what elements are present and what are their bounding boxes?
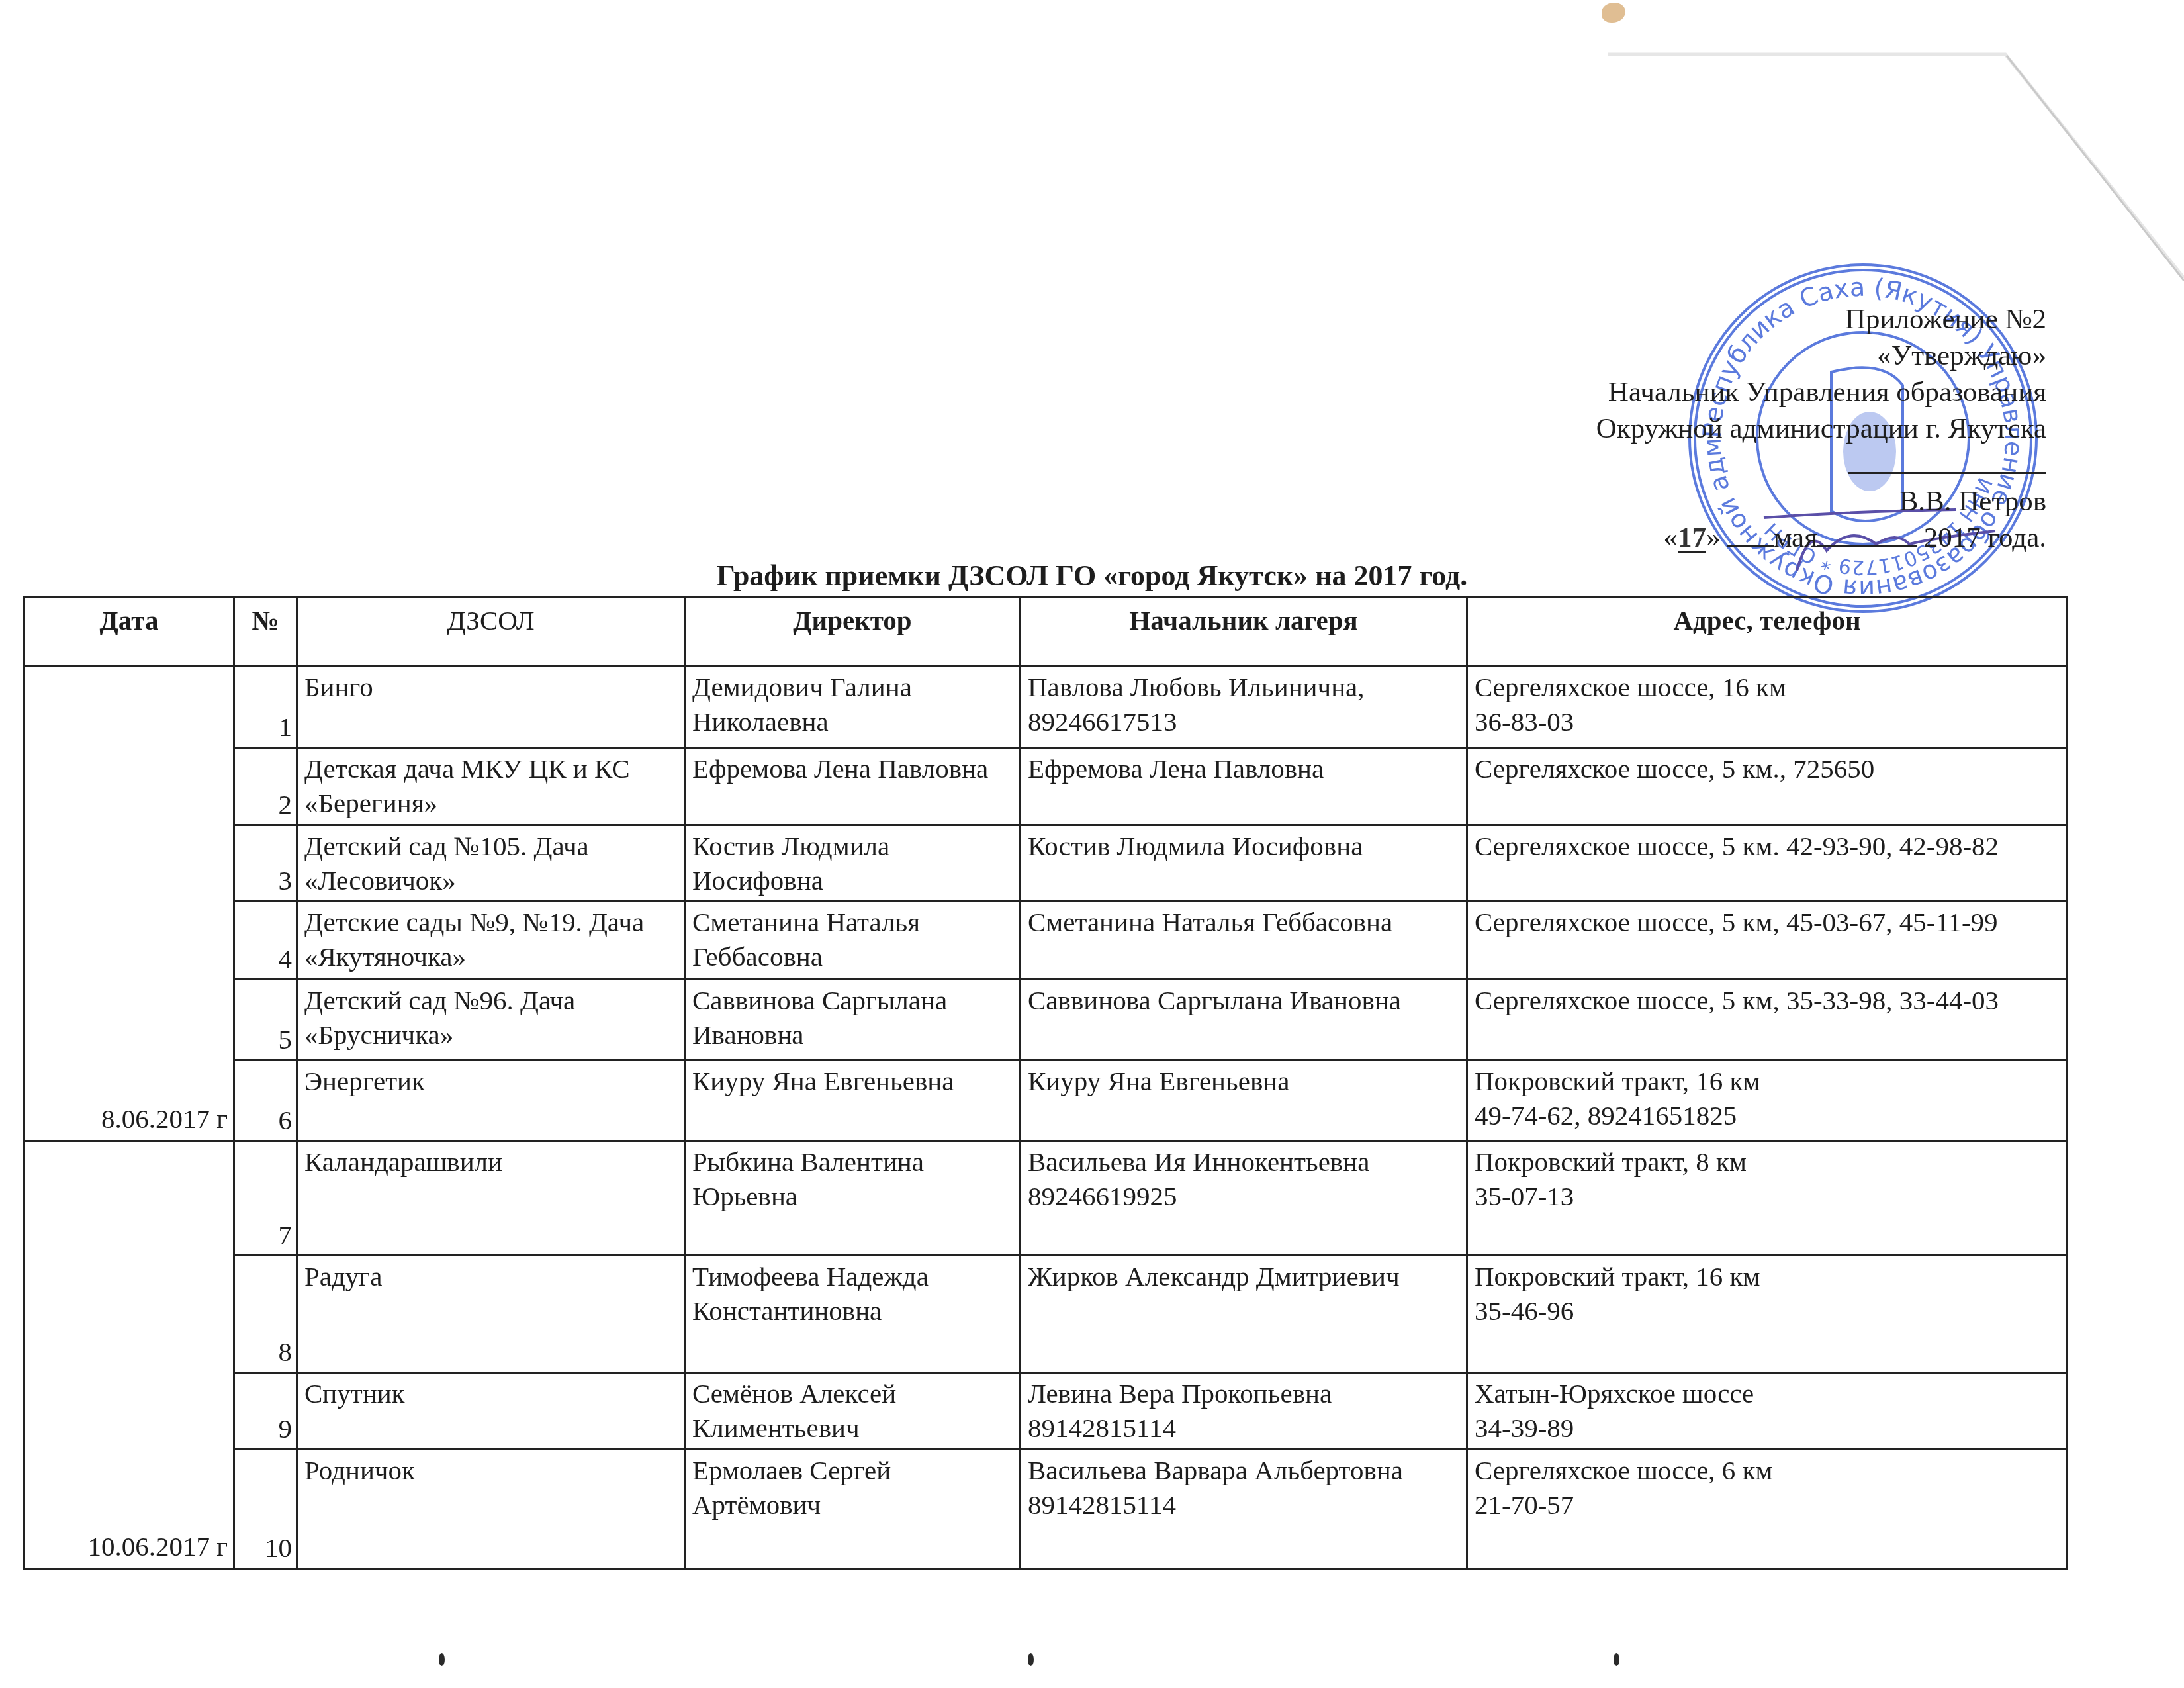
cell-address: Сергеляхское шоссе, 5 км., 725650 [1467, 748, 2068, 825]
table-body: 8.06.2017 г1БингоДемидович Галина Никола… [24, 667, 2068, 1569]
position-line-2: Окружной администрации г. Якутска [1596, 410, 2046, 447]
cell-number: 3 [234, 825, 297, 902]
table-row: 10.06.2017 г7КаландарашвилиРыбкина Вален… [24, 1141, 2068, 1256]
approval-block: Приложение №2 «Утверждаю» Начальник Упра… [1596, 301, 2046, 556]
binding-dot [1614, 1653, 1619, 1666]
cell-number: 2 [234, 748, 297, 825]
cell-camp-head: Васильева Ия Иннокентьевна 89246619925 [1021, 1141, 1467, 1256]
cell-number: 6 [234, 1060, 297, 1141]
cell-address: Сергеляхское шоссе, 5 км, 35-33-98, 33-4… [1467, 980, 2068, 1060]
cell-address: Покровский тракт, 8 км35-07-13 [1467, 1141, 2068, 1256]
address-line: Хатын-Юряхское шоссе [1475, 1376, 2060, 1411]
position-line-1: Начальник Управления образования [1596, 374, 2046, 410]
cell-date: 8.06.2017 г [24, 667, 234, 1141]
header-address: Адрес, телефон [1467, 597, 2068, 667]
phone-line: 35-46-96 [1475, 1293, 2060, 1328]
table-row: 3Детский сад №105. Дача «Лесовичок»Кости… [24, 825, 2068, 902]
table-header-row: Дата № ДЗСОЛ Директор Начальник лагеря А… [24, 597, 2068, 667]
phone-line: 36-83-03 [1475, 704, 2060, 739]
approve-label: «Утверждаю» [1596, 338, 2046, 374]
cell-address: Сергеляхское шоссе, 16 км36-83-03 [1467, 667, 2068, 748]
phone-line: 49-74-62, 89241651825 [1475, 1098, 2060, 1133]
cell-director: Саввинова Саргылана Ивановна [685, 980, 1021, 1060]
cell-camp-head: Павлова Любовь Ильинична, 89246617513 [1021, 667, 1467, 748]
cell-number: 4 [234, 902, 297, 980]
phone-line: 34-39-89 [1475, 1411, 2060, 1445]
approval-date: «17» мая 2017 года. [1596, 520, 2046, 556]
header-num: № [234, 597, 297, 667]
cell-camp-name: Детские сады №9, №19. Дача «Якутяночка» [297, 902, 685, 980]
cell-director: Тимофеева Надежда Константиновна [685, 1256, 1021, 1373]
cell-address: Покровский тракт, 16 км35-46-96 [1467, 1256, 2068, 1373]
address-line: Сергеляхское шоссе, 16 км [1475, 670, 2060, 704]
cell-camp-head: Саввинова Саргылана Ивановна [1021, 980, 1467, 1060]
cell-director: Сметанина Наталья Геббасовна [685, 902, 1021, 980]
cell-director: Рыбкина Валентина Юрьевна [685, 1141, 1021, 1256]
cell-number: 8 [234, 1256, 297, 1373]
cell-camp-head: Костив Людмила Иосифовна [1021, 825, 1467, 902]
approval-month: мая [1774, 522, 1817, 553]
approval-year: 2017 года. [1924, 522, 2046, 553]
cell-director: Киуру Яна Евгеньевна [685, 1060, 1021, 1141]
approval-day: 17 [1678, 525, 1706, 553]
cell-camp-name: Детский сад №96. Дача «Брусничка» [297, 980, 685, 1060]
cell-director: Демидович Галина Николаевна [685, 667, 1021, 748]
cell-camp-name: Энергетик [297, 1060, 685, 1141]
address-line: Сергеляхское шоссе, 5 км, 35-33-98, 33-4… [1475, 983, 2060, 1017]
cell-camp-name: Спутник [297, 1373, 685, 1450]
cell-camp-name: Родничок [297, 1450, 685, 1569]
cell-camp-name: Детский сад №105. Дача «Лесовичок» [297, 825, 685, 902]
binding-dot [1028, 1653, 1034, 1666]
cell-camp-name: Каландарашвили [297, 1141, 685, 1256]
phone-line: 21-70-57 [1475, 1487, 2060, 1522]
signatory-name: В.В. Петров [1596, 483, 2046, 520]
cell-director: Ефремова Лена Павловна [685, 748, 1021, 825]
table-row: 4Детские сады №9, №19. Дача «Якутяночка»… [24, 902, 2068, 980]
cell-number: 1 [234, 667, 297, 748]
appendix-number: Приложение №2 [1596, 301, 2046, 338]
cell-address: Сергеляхское шоссе, 5 км, 45-03-67, 45-1… [1467, 902, 2068, 980]
table-row: 9СпутникСемёнов Алексей КлиментьевичЛеви… [24, 1373, 2068, 1450]
schedule-table: Дата № ДЗСОЛ Директор Начальник лагеря А… [23, 596, 2068, 1570]
cell-number: 5 [234, 980, 297, 1060]
cell-number: 9 [234, 1373, 297, 1450]
paper-stain [1602, 3, 1625, 23]
cell-director: Семёнов Алексей Климентьевич [685, 1373, 1021, 1450]
address-line: Покровский тракт, 8 км [1475, 1145, 2060, 1179]
cell-date: 10.06.2017 г [24, 1141, 234, 1569]
header-head: Начальник лагеря [1021, 597, 1467, 667]
cell-number: 10 [234, 1450, 297, 1569]
address-line: Покровский тракт, 16 км [1475, 1259, 2060, 1293]
header-director: Директор [685, 597, 1021, 667]
table-row: 6ЭнергетикКиуру Яна ЕвгеньевнаКиуру Яна … [24, 1060, 2068, 1141]
cell-number: 7 [234, 1141, 297, 1256]
cell-camp-head: Сметанина Наталья Геббасовна [1021, 902, 1467, 980]
cell-director: Костив Людмила Иосифовна [685, 825, 1021, 902]
cell-director: Ермолаев Сергей Артёмович [685, 1450, 1021, 1569]
cell-camp-name: Детская дача МКУ ЦК и КС «Берегиня» [297, 748, 685, 825]
table-row: 2Детская дача МКУ ЦК и КС «Берегиня»Ефре… [24, 748, 2068, 825]
address-line: Сергеляхское шоссе, 5 км., 725650 [1475, 751, 2060, 786]
header-camp: ДЗСОЛ [297, 597, 685, 667]
cell-address: Сергеляхское шоссе, 6 км21-70-57 [1467, 1450, 2068, 1569]
address-line: Сергеляхское шоссе, 6 км [1475, 1453, 2060, 1487]
address-line: Покровский тракт, 16 км [1475, 1064, 2060, 1098]
table-row: 8РадугаТимофеева Надежда КонстантиновнаЖ… [24, 1256, 2068, 1373]
cell-camp-name: Бинго [297, 667, 685, 748]
address-line: Сергеляхское шоссе, 5 км. 42-93-90, 42-9… [1475, 829, 2060, 863]
signature-line [1848, 449, 2046, 474]
address-line: Сергеляхское шоссе, 5 км, 45-03-67, 45-1… [1475, 905, 2060, 939]
cell-camp-head: Васильева Варвара Альбертовна 8914281511… [1021, 1450, 1467, 1569]
cell-address: Покровский тракт, 16 км49-74-62, 8924165… [1467, 1060, 2068, 1141]
cell-camp-head: Жирков Александр Дмитриевич [1021, 1256, 1467, 1373]
cell-camp-head: Киуру Яна Евгеньевна [1021, 1060, 1467, 1141]
cell-camp-head: Левина Вера Прокопьевна 89142815114 [1021, 1373, 1467, 1450]
binding-dot [439, 1653, 445, 1666]
table-row: 8.06.2017 г1БингоДемидович Галина Никола… [24, 667, 2068, 748]
phone-line: 35-07-13 [1475, 1179, 2060, 1213]
header-date: Дата [24, 597, 234, 667]
cell-camp-name: Радуга [297, 1256, 685, 1373]
cell-camp-head: Ефремова Лена Павловна [1021, 748, 1467, 825]
table-row: 5Детский сад №96. Дача «Брусничка»Саввин… [24, 980, 2068, 1060]
document-title: График приемки ДЗСОЛ ГО «город Якутск» н… [0, 558, 2184, 594]
cell-address: Хатын-Юряхское шоссе34-39-89 [1467, 1373, 2068, 1450]
cell-address: Сергеляхское шоссе, 5 км. 42-93-90, 42-9… [1467, 825, 2068, 902]
table-row: 10РодничокЕрмолаев Сергей АртёмовичВасил… [24, 1450, 2068, 1569]
